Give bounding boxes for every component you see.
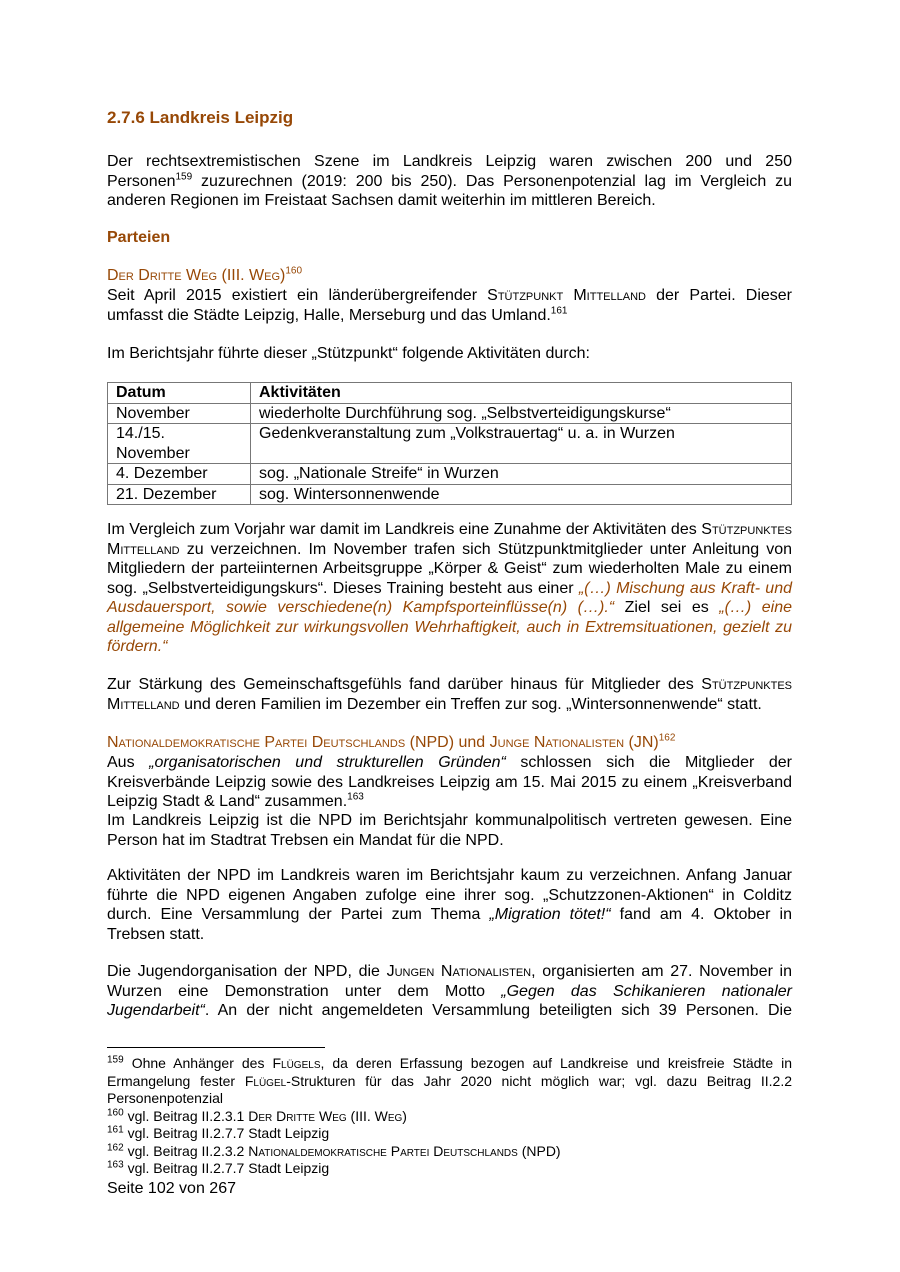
subheading-parteien: Parteien — [107, 229, 792, 247]
table-row: 4. Dezember sog. „Nationale Streife“ in … — [108, 464, 792, 485]
npd-paragraph-1: Aus „organisatorischen und strukturellen… — [107, 753, 792, 812]
footnote-163: 163 vgl. Beitrag II.2.7.7 Stadt Leipzig — [107, 1160, 792, 1178]
table-header-row: Datum Aktivitäten — [108, 383, 792, 404]
section-heading: 2.7.6 Landkreis Leipzig — [107, 108, 792, 128]
footnote-ref-162[interactable]: 162 — [659, 733, 676, 744]
header-aktivitaeten: Aktivitäten — [251, 383, 792, 404]
footnote-separator — [107, 1047, 325, 1048]
footnote-160: 160 vgl. Beitrag II.2.3.1 Der Dritte Weg… — [107, 1108, 792, 1126]
footnotes: 159 Ohne Anhänger des Flügels, da deren … — [107, 1055, 792, 1178]
table-row: 21. Dezember sog. Wintersonnenwende — [108, 484, 792, 505]
footnote-ref-159[interactable]: 159 — [176, 171, 193, 182]
footnote-ref-161[interactable]: 161 — [551, 305, 568, 316]
footnote-161: 161 vgl. Beitrag II.2.7.7 Stadt Leipzig — [107, 1125, 792, 1143]
cell-date: 4. Dezember — [108, 464, 251, 485]
wintersonnenwende-paragraph: Zur Stärkung des Gemeinschaftsgefühls fa… — [107, 675, 792, 714]
party-heading-npd: Nationaldemokratische Partei Deutschland… — [107, 733, 792, 753]
table-intro: Im Berichtsjahr führte dieser „Stützpunk… — [107, 344, 792, 364]
party1-paragraph: Seit April 2015 existiert ein länderüber… — [107, 286, 792, 325]
cell-date: November — [108, 403, 251, 424]
cell-activity: Gedenkveranstaltung zum „Volkstrauertag“… — [251, 424, 792, 464]
table-row: 14./15. November Gedenkveranstaltung zum… — [108, 424, 792, 464]
jn-paragraph: Die Jugendorganisation der NPD, die Jung… — [107, 962, 792, 1021]
npd-paragraph-2: Im Landkreis Leipzig ist die NPD im Beri… — [107, 811, 792, 850]
activities-table-wrap: Datum Aktivitäten November wiederholte D… — [107, 382, 792, 505]
intro-paragraph: Der rechtsextremistischen Szene im Landk… — [107, 152, 792, 211]
footnote-162: 162 vgl. Beitrag II.2.3.2 Nationaldemokr… — [107, 1143, 792, 1161]
comparison-paragraph: Im Vergleich zum Vorjahr war damit im La… — [107, 520, 792, 657]
header-datum: Datum — [108, 383, 251, 404]
footnote-ref-160[interactable]: 160 — [285, 266, 302, 277]
party-heading-dritter-weg: Der Dritte Weg (III. Weg)160 — [107, 266, 792, 286]
cell-date: 14./15. November — [108, 424, 251, 464]
npd-paragraph-3: Aktivitäten der NPD im Landkreis waren i… — [107, 866, 792, 944]
activities-table: Datum Aktivitäten November wiederholte D… — [107, 382, 792, 505]
table-row: November wiederholte Durchführung sog. „… — [108, 403, 792, 424]
page-number: Seite 102 von 267 — [107, 1179, 792, 1199]
cell-activity: sog. „Nationale Streife“ in Wurzen — [251, 464, 792, 485]
footnote-159: 159 Ohne Anhänger des Flügels, da deren … — [107, 1055, 792, 1108]
cell-date: 21. Dezember — [108, 484, 251, 505]
footnote-ref-163[interactable]: 163 — [347, 792, 364, 803]
cell-activity: wiederholte Durchführung sog. „Selbstver… — [251, 403, 792, 424]
cell-activity: sog. Wintersonnenwende — [251, 484, 792, 505]
